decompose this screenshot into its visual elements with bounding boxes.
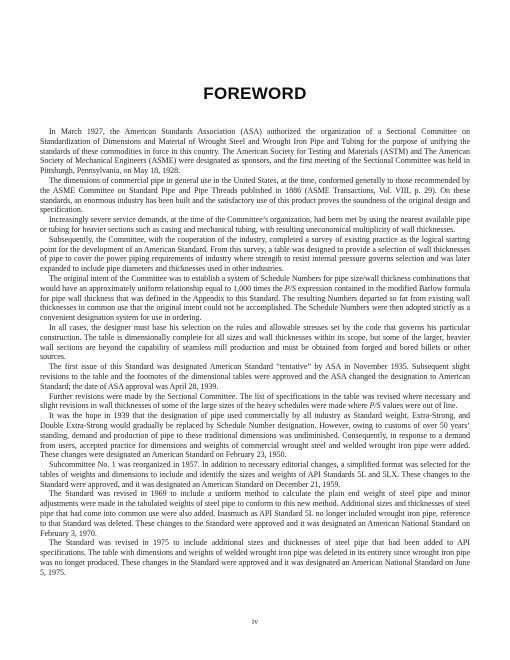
paragraph: Further revisions were made by the Secti…: [40, 392, 470, 412]
text-segment: In all cases, the designer must base his…: [40, 323, 470, 361]
paragraph: In all cases, the designer must base his…: [40, 323, 470, 362]
text-segment: Subcommittee No. 1 was reorganized in 19…: [40, 460, 470, 489]
text-segment: In March 1927, the American Standards As…: [40, 127, 470, 175]
paragraph: Increasingly severe service demands, at …: [40, 215, 470, 235]
page-number: iv: [0, 617, 510, 626]
paragraph: Subcommittee No. 1 was reorganized in 19…: [40, 460, 470, 489]
document-page: FOREWORD In March 1927, the American Sta…: [0, 0, 510, 660]
text-segment: The Standard was revised in 1969 to incl…: [40, 489, 470, 537]
italic-text: P/S: [285, 284, 296, 293]
italic-text: P/S: [370, 401, 381, 410]
text-segment: Subsequently, the Committee, with the co…: [40, 235, 470, 273]
text-segment: The first issue of this Standard was des…: [40, 362, 470, 391]
text-segment: Increasingly severe service demands, at …: [40, 215, 470, 234]
paragraph: The Standard was revised in 1969 to incl…: [40, 489, 470, 538]
paragraph: Subsequently, the Committee, with the co…: [40, 235, 470, 274]
text-segment: The Standard was revised in 1975 to incl…: [40, 538, 470, 576]
text-segment: It was the hope in 1939 that the designa…: [40, 411, 470, 459]
text-segment: values were out of line.: [381, 401, 458, 410]
paragraph: The Standard was revised in 1975 to incl…: [40, 538, 470, 577]
paragraph: It was the hope in 1939 that the designa…: [40, 411, 470, 460]
paragraph: The original intent of the Committee was…: [40, 274, 470, 323]
paragraph: The first issue of this Standard was des…: [40, 362, 470, 391]
paragraph: In March 1927, the American Standards As…: [40, 127, 470, 176]
text-segment: The dimensions of commercial pipe in gen…: [40, 176, 470, 214]
foreword-body: In March 1927, the American Standards As…: [40, 127, 470, 578]
paragraph: The dimensions of commercial pipe in gen…: [40, 176, 470, 215]
page-title: FOREWORD: [0, 84, 510, 104]
